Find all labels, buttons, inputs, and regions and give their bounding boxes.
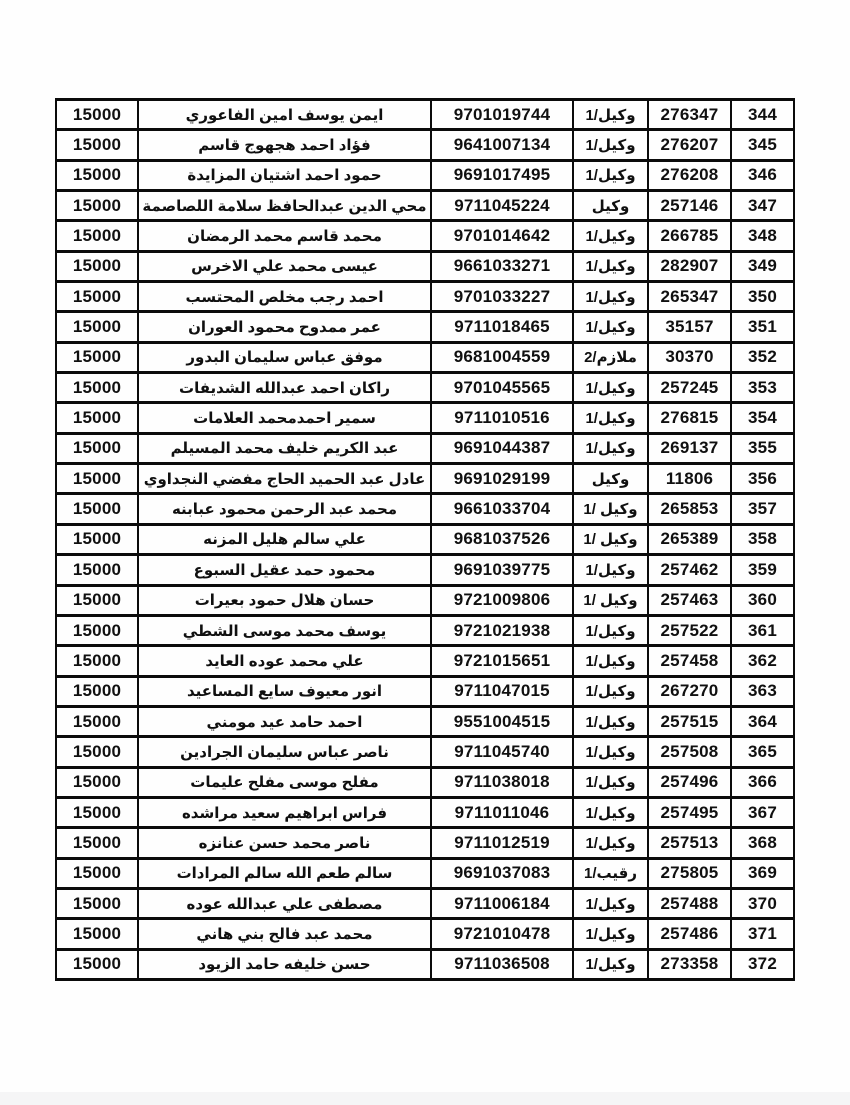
service-number-cell: 265853	[648, 494, 731, 524]
table-row: 15000 محمد عبد فالح بني هاني 9721010478 …	[56, 919, 794, 949]
national-number-cell: 9711018465	[431, 312, 573, 342]
rank-cell: وكيل/1	[573, 888, 648, 918]
name-cell: حسان هلال حمود بعيرات	[138, 585, 431, 615]
serial-number-cell: 357	[731, 494, 794, 524]
service-number-cell: 11806	[648, 464, 731, 494]
service-number-cell: 257513	[648, 828, 731, 858]
table-row: 15000 حسان هلال حمود بعيرات 9721009806 و…	[56, 585, 794, 615]
amount-cell: 15000	[56, 767, 138, 797]
name-cell: انور معيوف سايع المساعيد	[138, 676, 431, 706]
rank-cell: وكيل/1	[573, 403, 648, 433]
service-number-cell: 275805	[648, 858, 731, 888]
scan-edge-artifact	[0, 1092, 850, 1105]
name-cell: راكان احمد عبدالله الشديفات	[138, 373, 431, 403]
serial-number-cell: 366	[731, 767, 794, 797]
service-number-cell: 266785	[648, 221, 731, 251]
service-number-cell: 257496	[648, 767, 731, 797]
rank-cell: وكيل /1	[573, 524, 648, 554]
amount-cell: 15000	[56, 433, 138, 463]
amount-cell: 15000	[56, 524, 138, 554]
national-number-cell: 9711006184	[431, 888, 573, 918]
amount-cell: 15000	[56, 555, 138, 585]
amount-cell: 15000	[56, 949, 138, 979]
national-number-cell: 9701014642	[431, 221, 573, 251]
rank-cell: وكيل/1	[573, 767, 648, 797]
table-row: 15000 عادل عبد الحميد الحاج مفضي النجداو…	[56, 464, 794, 494]
amount-cell: 15000	[56, 373, 138, 403]
serial-number-cell: 364	[731, 706, 794, 736]
service-number-cell: 265389	[648, 524, 731, 554]
rank-cell: وكيل /1	[573, 494, 648, 524]
amount-cell: 15000	[56, 737, 138, 767]
name-cell: سمير احمدمحمد العلامات	[138, 403, 431, 433]
service-number-cell: 273358	[648, 949, 731, 979]
table-row: 15000 سالم طعم الله سالم المرادات 969103…	[56, 858, 794, 888]
serial-number-cell: 359	[731, 555, 794, 585]
national-number-cell: 9701045565	[431, 373, 573, 403]
name-cell: مفلح موسى مفلح عليمات	[138, 767, 431, 797]
service-number-cell: 35157	[648, 312, 731, 342]
serial-number-cell: 369	[731, 858, 794, 888]
name-cell: عادل عبد الحميد الحاج مفضي النجداوي	[138, 464, 431, 494]
table-row: 15000 احمد حامد عيد مومني 9551004515 وكي…	[56, 706, 794, 736]
table-row: 15000 سمير احمدمحمد العلامات 9711010516 …	[56, 403, 794, 433]
rank-cell: وكيل/1	[573, 737, 648, 767]
rank-cell: وكيل/1	[573, 312, 648, 342]
national-number-cell: 9681037526	[431, 524, 573, 554]
amount-cell: 15000	[56, 160, 138, 190]
national-number-cell: 9711012519	[431, 828, 573, 858]
roster-table: 15000 ايمن يوسف امين الفاعوري 9701019744…	[55, 98, 795, 981]
amount-cell: 15000	[56, 130, 138, 160]
name-cell: محي الدين عبدالحافظ سلامة اللصاصمة	[138, 191, 431, 221]
serial-number-cell: 370	[731, 888, 794, 918]
service-number-cell: 276815	[648, 403, 731, 433]
national-number-cell: 9691029199	[431, 464, 573, 494]
national-number-cell: 9721021938	[431, 615, 573, 645]
rank-cell: وكيل	[573, 464, 648, 494]
amount-cell: 15000	[56, 191, 138, 221]
rank-cell: وكيل/1	[573, 555, 648, 585]
rank-cell: وكيل/1	[573, 373, 648, 403]
national-number-cell: 9711045740	[431, 737, 573, 767]
table-row: 15000 راكان احمد عبدالله الشديفات 970104…	[56, 373, 794, 403]
table-row: 15000 مفلح موسى مفلح عليمات 9711038018 و…	[56, 767, 794, 797]
serial-number-cell: 346	[731, 160, 794, 190]
table-row: 15000 محمد عبد الرحمن محمود عبابنه 96610…	[56, 494, 794, 524]
amount-cell: 15000	[56, 888, 138, 918]
service-number-cell: 267270	[648, 676, 731, 706]
national-number-cell: 9701033227	[431, 282, 573, 312]
serial-number-cell: 349	[731, 251, 794, 281]
amount-cell: 15000	[56, 828, 138, 858]
scanned-page: 15000 ايمن يوسف امين الفاعوري 9701019744…	[0, 0, 850, 1105]
serial-number-cell: 363	[731, 676, 794, 706]
rank-cell: وكيل/1	[573, 919, 648, 949]
name-cell: محمد قاسم محمد الرمضان	[138, 221, 431, 251]
national-number-cell: 9711011046	[431, 797, 573, 827]
amount-cell: 15000	[56, 342, 138, 372]
serial-number-cell: 354	[731, 403, 794, 433]
name-cell: محمد عبد فالح بني هاني	[138, 919, 431, 949]
national-number-cell: 9691039775	[431, 555, 573, 585]
amount-cell: 15000	[56, 706, 138, 736]
rank-cell: وكيل/1	[573, 221, 648, 251]
name-cell: عمر ممدوح محمود العوران	[138, 312, 431, 342]
serial-number-cell: 371	[731, 919, 794, 949]
serial-number-cell: 367	[731, 797, 794, 827]
amount-cell: 15000	[56, 494, 138, 524]
name-cell: احمد حامد عيد مومني	[138, 706, 431, 736]
name-cell: مصطفى علي عبدالله عوده	[138, 888, 431, 918]
name-cell: عبد الكريم خليف محمد المسيلم	[138, 433, 431, 463]
serial-number-cell: 350	[731, 282, 794, 312]
table-row: 15000 احمد رجب مخلص المحتسب 9701033227 و…	[56, 282, 794, 312]
name-cell: عيسى محمد علي الاخرس	[138, 251, 431, 281]
service-number-cell: 257495	[648, 797, 731, 827]
service-number-cell: 276208	[648, 160, 731, 190]
national-number-cell: 9691017495	[431, 160, 573, 190]
service-number-cell: 257522	[648, 615, 731, 645]
rank-cell: وكيل/1	[573, 100, 648, 130]
table-row: 15000 ايمن يوسف امين الفاعوري 9701019744…	[56, 100, 794, 130]
amount-cell: 15000	[56, 919, 138, 949]
table-row: 15000 مصطفى علي عبدالله عوده 9711006184 …	[56, 888, 794, 918]
table-row: 15000 محمود حمد عقيل السبوع 9691039775 و…	[56, 555, 794, 585]
table-row: 15000 موفق عباس سليمان البدور 9681004559…	[56, 342, 794, 372]
national-number-cell: 9721015651	[431, 646, 573, 676]
name-cell: فراس ابراهيم سعيد مراشده	[138, 797, 431, 827]
service-number-cell: 30370	[648, 342, 731, 372]
serial-number-cell: 358	[731, 524, 794, 554]
name-cell: علي سالم هليل المزنه	[138, 524, 431, 554]
table-row: 15000 محي الدين عبدالحافظ سلامة اللصاصمة…	[56, 191, 794, 221]
service-number-cell: 257458	[648, 646, 731, 676]
serial-number-cell: 365	[731, 737, 794, 767]
national-number-cell: 9661033271	[431, 251, 573, 281]
rank-cell: وكيل/1	[573, 797, 648, 827]
name-cell: موفق عباس سليمان البدور	[138, 342, 431, 372]
amount-cell: 15000	[56, 615, 138, 645]
table-row: 15000 محمد قاسم محمد الرمضان 9701014642 …	[56, 221, 794, 251]
national-number-cell: 9711045224	[431, 191, 573, 221]
service-number-cell: 282907	[648, 251, 731, 281]
national-number-cell: 9701019744	[431, 100, 573, 130]
service-number-cell: 257245	[648, 373, 731, 403]
national-number-cell: 9711036508	[431, 949, 573, 979]
amount-cell: 15000	[56, 251, 138, 281]
national-number-cell: 9691044387	[431, 433, 573, 463]
table-row: 15000 ناصر محمد حسن عنانزه 9711012519 وك…	[56, 828, 794, 858]
serial-number-cell: 360	[731, 585, 794, 615]
service-number-cell: 257508	[648, 737, 731, 767]
amount-cell: 15000	[56, 646, 138, 676]
name-cell: احمد رجب مخلص المحتسب	[138, 282, 431, 312]
rank-cell: وكيل/1	[573, 282, 648, 312]
name-cell: فؤاد احمد هجهوج قاسم	[138, 130, 431, 160]
amount-cell: 15000	[56, 585, 138, 615]
rank-cell: وكيل	[573, 191, 648, 221]
rank-cell: وكيل/1	[573, 251, 648, 281]
national-number-cell: 9711010516	[431, 403, 573, 433]
service-number-cell: 257486	[648, 919, 731, 949]
name-cell: ناصر عباس سليمان الجرادين	[138, 737, 431, 767]
amount-cell: 15000	[56, 464, 138, 494]
serial-number-cell: 353	[731, 373, 794, 403]
national-number-cell: 9681004559	[431, 342, 573, 372]
serial-number-cell: 345	[731, 130, 794, 160]
amount-cell: 15000	[56, 797, 138, 827]
national-number-cell: 9661033704	[431, 494, 573, 524]
service-number-cell: 257488	[648, 888, 731, 918]
service-number-cell: 265347	[648, 282, 731, 312]
rank-cell: وكيل/1	[573, 160, 648, 190]
rank-cell: وكيل/1	[573, 433, 648, 463]
serial-number-cell: 362	[731, 646, 794, 676]
name-cell: ايمن يوسف امين الفاعوري	[138, 100, 431, 130]
table-row: 15000 علي سالم هليل المزنه 9681037526 وك…	[56, 524, 794, 554]
national-number-cell: 9721010478	[431, 919, 573, 949]
serial-number-cell: 356	[731, 464, 794, 494]
rank-cell: وكيل/1	[573, 706, 648, 736]
service-number-cell: 257515	[648, 706, 731, 736]
table-row: 15000 فراس ابراهيم سعيد مراشده 971101104…	[56, 797, 794, 827]
serial-number-cell: 361	[731, 615, 794, 645]
name-cell: سالم طعم الله سالم المرادات	[138, 858, 431, 888]
serial-number-cell: 348	[731, 221, 794, 251]
name-cell: حسن خليفه حامد الزيود	[138, 949, 431, 979]
rank-cell: وكيل /1	[573, 585, 648, 615]
serial-number-cell: 372	[731, 949, 794, 979]
rank-cell: وكيل/1	[573, 615, 648, 645]
rank-cell: وكيل/1	[573, 828, 648, 858]
rank-cell: وكيل/1	[573, 676, 648, 706]
service-number-cell: 269137	[648, 433, 731, 463]
service-number-cell: 257463	[648, 585, 731, 615]
service-number-cell: 276347	[648, 100, 731, 130]
amount-cell: 15000	[56, 858, 138, 888]
rank-cell: ملازم/2	[573, 342, 648, 372]
name-cell: محمود حمد عقيل السبوع	[138, 555, 431, 585]
table-row: 15000 عمر ممدوح محمود العوران 9711018465…	[56, 312, 794, 342]
table-row: 15000 عيسى محمد علي الاخرس 9661033271 وك…	[56, 251, 794, 281]
amount-cell: 15000	[56, 676, 138, 706]
amount-cell: 15000	[56, 312, 138, 342]
name-cell: علي محمد عوده العايد	[138, 646, 431, 676]
service-number-cell: 257146	[648, 191, 731, 221]
serial-number-cell: 351	[731, 312, 794, 342]
name-cell: حمود احمد اشتيان المزايدة	[138, 160, 431, 190]
table-row: 15000 علي محمد عوده العايد 9721015651 وك…	[56, 646, 794, 676]
table-row: 15000 فؤاد احمد هجهوج قاسم 9641007134 وك…	[56, 130, 794, 160]
service-number-cell: 257462	[648, 555, 731, 585]
national-number-cell: 9551004515	[431, 706, 573, 736]
serial-number-cell: 344	[731, 100, 794, 130]
national-number-cell: 9641007134	[431, 130, 573, 160]
amount-cell: 15000	[56, 403, 138, 433]
name-cell: محمد عبد الرحمن محمود عبابنه	[138, 494, 431, 524]
table-row: 15000 حمود احمد اشتيان المزايدة 96910174…	[56, 160, 794, 190]
serial-number-cell: 355	[731, 433, 794, 463]
rank-cell: رقيب/1	[573, 858, 648, 888]
table-row: 15000 ناصر عباس سليمان الجرادين 97110457…	[56, 737, 794, 767]
service-number-cell: 276207	[648, 130, 731, 160]
serial-number-cell: 352	[731, 342, 794, 372]
serial-number-cell: 347	[731, 191, 794, 221]
serial-number-cell: 368	[731, 828, 794, 858]
national-number-cell: 9711047015	[431, 676, 573, 706]
table-row: 15000 يوسف محمد موسى الشطي 9721021938 وك…	[56, 615, 794, 645]
roster-body: 15000 ايمن يوسف امين الفاعوري 9701019744…	[56, 100, 794, 980]
amount-cell: 15000	[56, 221, 138, 251]
rank-cell: وكيل/1	[573, 130, 648, 160]
name-cell: ناصر محمد حسن عنانزه	[138, 828, 431, 858]
national-number-cell: 9711038018	[431, 767, 573, 797]
amount-cell: 15000	[56, 100, 138, 130]
table-row: 15000 عبد الكريم خليف محمد المسيلم 96910…	[56, 433, 794, 463]
table-row: 15000 حسن خليفه حامد الزيود 9711036508 و…	[56, 949, 794, 979]
national-number-cell: 9691037083	[431, 858, 573, 888]
table-row: 15000 انور معيوف سايع المساعيد 971104701…	[56, 676, 794, 706]
amount-cell: 15000	[56, 282, 138, 312]
national-number-cell: 9721009806	[431, 585, 573, 615]
rank-cell: وكيل/1	[573, 949, 648, 979]
name-cell: يوسف محمد موسى الشطي	[138, 615, 431, 645]
rank-cell: وكيل/1	[573, 646, 648, 676]
